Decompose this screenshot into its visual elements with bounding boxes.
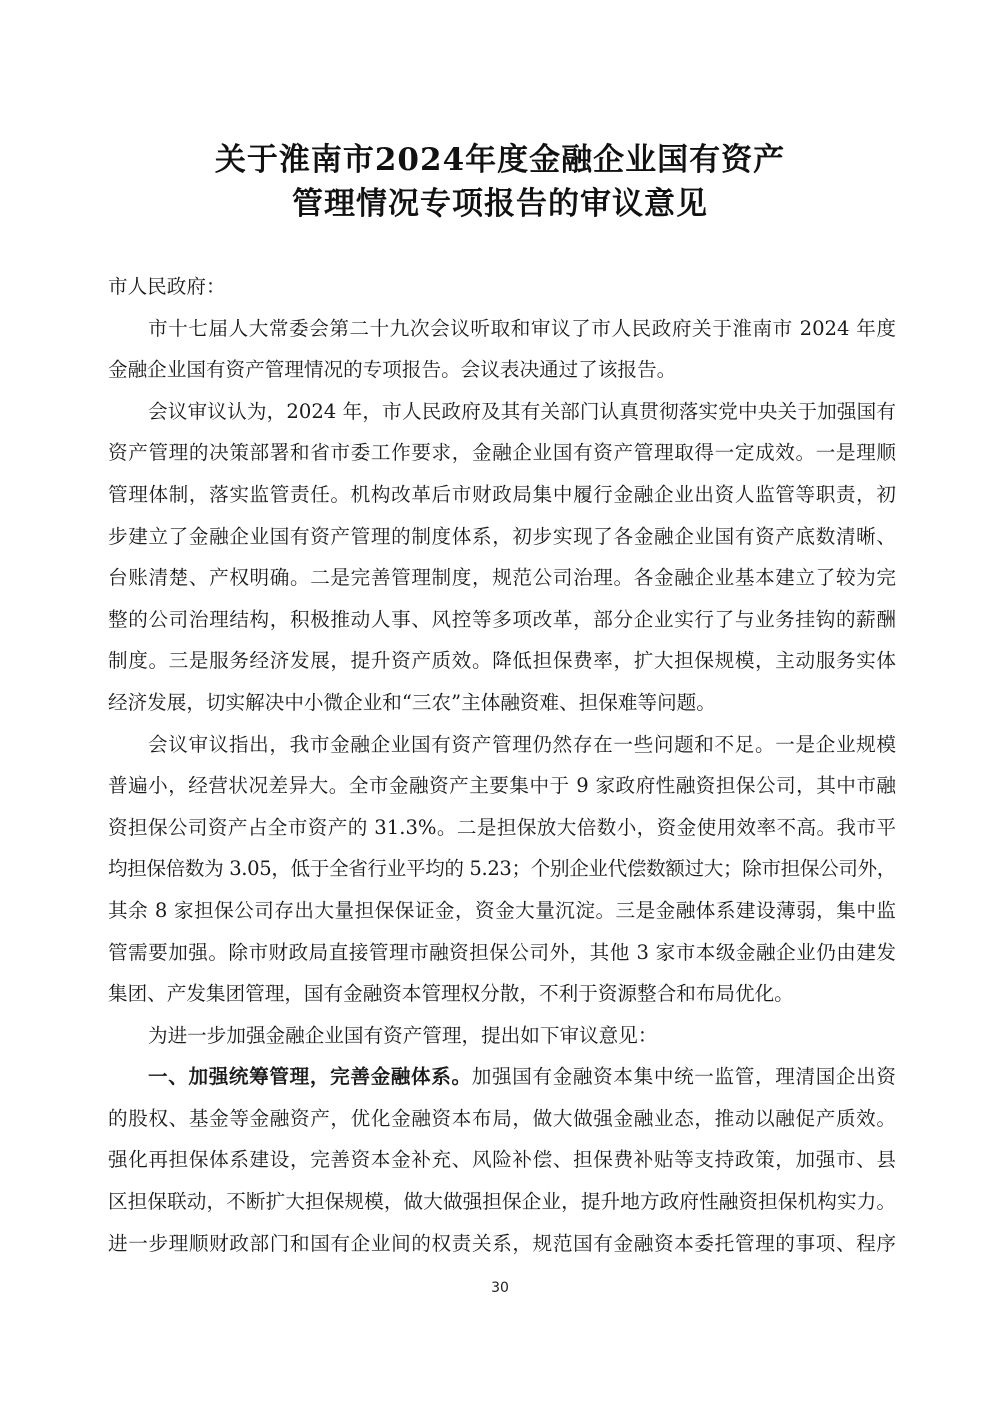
- paragraph-2-line-4: 步建立了金融企业国有资产管理的制度体系，初步实现了各金融企业国有资产底数清晰、: [108, 523, 896, 565]
- document-body: 市人民政府： 市十七届人大常委会第二十九次会议听取和审议了市人民政府关于淮南市 …: [108, 273, 896, 1271]
- paragraph-2-line-2: 资产管理的决策部署和省市委工作要求，金融企业国有资产管理取得一定成效。一是理顺: [108, 439, 896, 481]
- paragraph-3-line-3: 资担保公司资产占全市资产的 31.3%。二是担保放大倍数小，资金使用效率不高。我…: [108, 814, 896, 856]
- paragraph-3-line-4: 均担保倍数为 3.05，低于全省行业平均的 5.23；个别企业代偿数额过大；除市…: [108, 855, 896, 897]
- paragraph-5-line-4: 区担保联动，不断扩大担保规模，做大做强担保企业，提升地方政府性融资担保机构实力。: [108, 1188, 896, 1230]
- paragraph-1-line-1: 市十七届人大常委会第二十九次会议听取和审议了市人民政府关于淮南市 2024 年度: [108, 315, 896, 357]
- page-number: 30: [0, 1280, 1000, 1296]
- paragraph-5-line-5: 进一步理顺财政部门和国有企业间的权责关系，规范国有金融资本委托管理的事项、程序: [108, 1230, 896, 1272]
- paragraph-1-line-2: 金融企业国有资产管理情况的专项报告。会议表决通过了该报告。: [108, 356, 896, 398]
- paragraph-3-line-7: 集团、产发集团管理，国有金融资本管理权分散，不利于资源整合和布局优化。: [108, 980, 896, 1022]
- paragraph-2-line-7: 制度。三是服务经济发展，提升资产质效。降低担保费率，扩大担保规模，主动服务实体: [108, 647, 896, 689]
- paragraph-5-line-3: 强化再担保体系建设，完善资本金补充、风险补偿、担保费补贴等支持政策，加强市、县: [108, 1146, 896, 1188]
- document-title-line-1: 关于淮南市2024年度金融企业国有资产: [0, 134, 1000, 179]
- paragraph-5-line-2: 的股权、基金等金融资产，优化金融资本布局，做大做强金融业态，推动以融促产质效。: [108, 1105, 896, 1147]
- paragraph-2-line-5: 台账清楚、产权明确。二是完善管理制度，规范公司治理。各金融企业基本建立了较为完: [108, 564, 896, 606]
- paragraph-5-line-1-text: 加强国有金融资本集中统一监管，理清国企出资: [472, 1065, 896, 1088]
- document-page: 关于淮南市2024年度金融企业国有资产 管理情况专项报告的审议意见 市人民政府：…: [0, 0, 1000, 1415]
- document-title-line-2: 管理情况专项报告的审议意见: [0, 178, 1000, 223]
- paragraph-4-line-1: 为进一步加强金融企业国有资产管理，提出如下审议意见：: [108, 1022, 896, 1064]
- paragraph-2-line-6: 整的公司治理结构，积极推动人事、风控等多项改革，部分企业实行了与业务挂钩的薪酬: [108, 606, 896, 648]
- paragraph-3-line-2: 普遍小，经营状况差异大。全市金融资产主要集中于 9 家政府性融资担保公司，其中市…: [108, 772, 896, 814]
- paragraph-3-line-6: 管需要加强。除市财政局直接管理市融资担保公司外，其他 3 家市本级金融企业仍由建…: [108, 939, 896, 981]
- paragraph-5-line-1: 一、加强统筹管理，完善金融体系。加强国有金融资本集中统一监管，理清国企出资: [108, 1063, 896, 1105]
- paragraph-2-line-1: 会议审议认为，2024 年，市人民政府及其有关部门认真贯彻落实党中央关于加强国有: [108, 398, 896, 440]
- section-heading-1: 一、加强统筹管理，完善金融体系。: [148, 1065, 472, 1088]
- salutation: 市人民政府：: [108, 273, 896, 315]
- paragraph-2-line-3: 管理体制，落实监管责任。机构改革后市财政局集中履行金融企业出资人监管等职责，初: [108, 481, 896, 523]
- paragraph-3-line-1: 会议审议指出，我市金融企业国有资产管理仍然存在一些问题和不足。一是企业规模: [108, 731, 896, 773]
- paragraph-2-line-8: 经济发展，切实解决中小微企业和“三农”主体融资难、担保难等问题。: [108, 689, 896, 731]
- paragraph-3-line-5: 其余 8 家担保公司存出大量担保保证金，资金大量沉淀。三是金融体系建设薄弱，集中…: [108, 897, 896, 939]
